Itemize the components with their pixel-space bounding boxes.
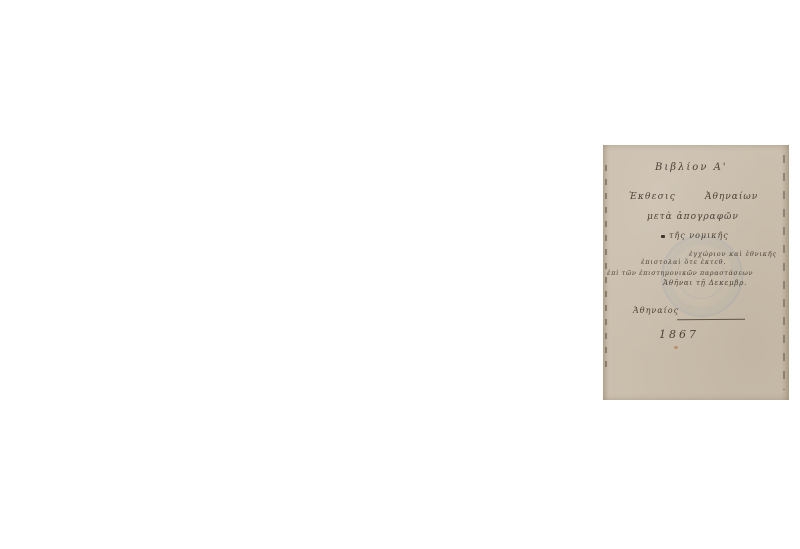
foxing-spot: [674, 346, 678, 349]
handwritten-line-5: ἐγχώριον καὶ ἐθνικῆς: [689, 250, 777, 258]
manuscript-page: Βιβλίον Α' Ἐκθεσις Ἀθηναίων μετὰ ἀπογραφ…: [603, 145, 789, 400]
handwritten-line-3: μετὰ ἀπογραφῶν: [647, 212, 739, 222]
handwritten-title: Βιβλίον Α': [655, 162, 728, 173]
viewer-canvas: Βιβλίον Α' Ἐκθεσις Ἀθηναίων μετὰ ἀπογραφ…: [0, 0, 800, 549]
handwritten-line-2-left: Ἐκθεσις: [629, 192, 676, 202]
handwritten-line-4: τῆς νομικῆς: [661, 231, 729, 240]
ink-blot: [661, 235, 665, 238]
handwritten-line-8: Ἀθῆναι τῇ Δεκεμβρ.: [663, 279, 747, 287]
page-worn-right-edge: [783, 155, 785, 390]
handwritten-line-6: ἐπιστολαὶ ὅτε ἐκτεθ.: [641, 258, 726, 266]
handwritten-year: 1867: [659, 328, 699, 341]
handwritten-line-4-text: τῆς νομικῆς: [669, 231, 729, 240]
handwritten-line-2-right: Ἀθηναίων: [705, 192, 758, 202]
handwritten-line-7: ἐπὶ τῶν ἐπιστημονικῶν παραστάσεων: [607, 269, 753, 277]
signature-underline: [677, 319, 745, 321]
handwritten-signature: Ἀθηναίος: [633, 306, 679, 315]
